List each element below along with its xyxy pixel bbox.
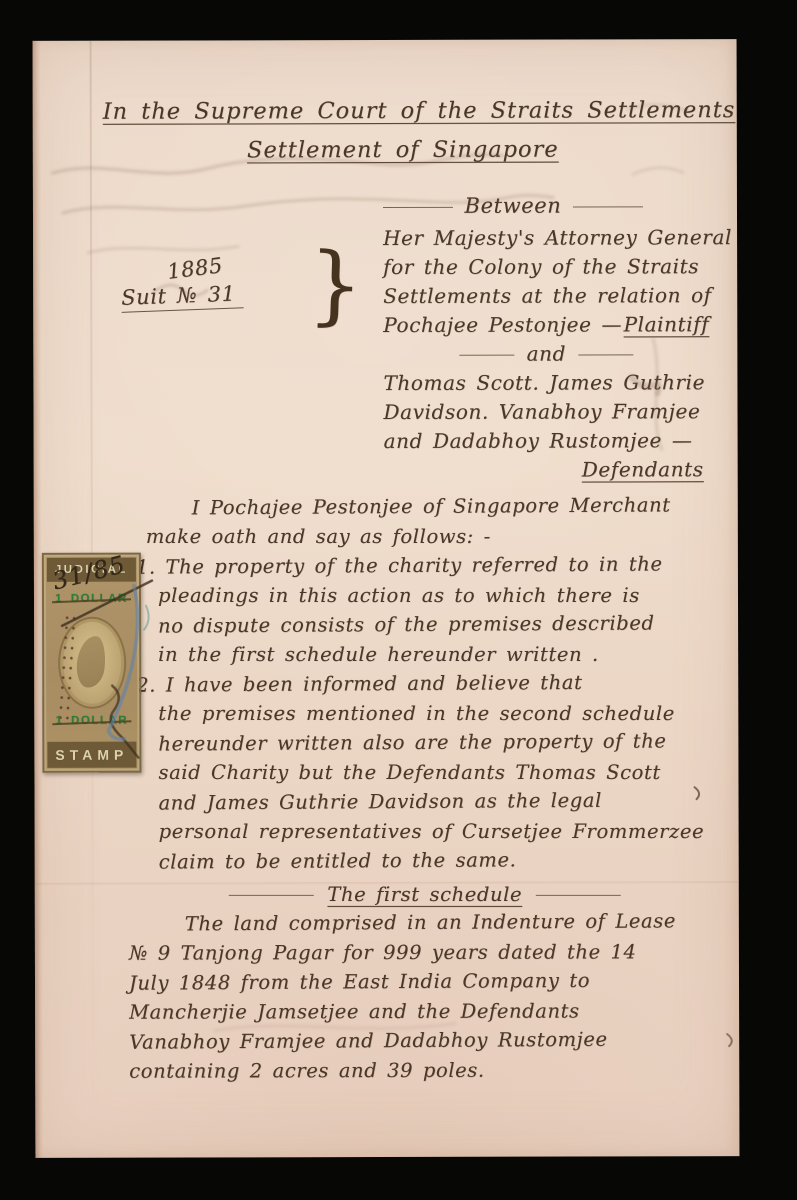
schedule-heading: The first schedule xyxy=(327,879,522,909)
rule-dash xyxy=(578,352,633,355)
case-reference: 1885 Suit № 31 } xyxy=(121,256,335,311)
and-row: and xyxy=(383,339,709,369)
stamp-value-bottom: 1 DOLLAR xyxy=(44,715,139,727)
defendant-label: Defendants xyxy=(582,457,704,481)
rule-dash xyxy=(383,204,453,207)
manuscript-line: the premises mentioned in the second sch… xyxy=(136,698,712,728)
rule-dash xyxy=(460,353,515,356)
manuscript-line: containing 2 acres and 39 poles. xyxy=(129,1055,719,1086)
manuscript-line: personal representatives of Cursetjee Fr… xyxy=(137,816,713,846)
document-page: In the Supreme Court of the Straits Sett… xyxy=(33,39,740,1158)
court-title-line2: Settlement of Singapore xyxy=(103,136,703,164)
manuscript-line: Her Majesty's Attorney General xyxy=(383,223,709,253)
and-label: and xyxy=(527,340,566,369)
defendant-row: Defendants xyxy=(384,455,710,485)
photo-background: In the Supreme Court of the Straits Sett… xyxy=(0,0,797,1200)
judicial-revenue-stamp: JUDICIAL 1 DOLLAR 1 DOLLAR STAMP 31/85 xyxy=(42,553,142,773)
manuscript-line: Thomas Scott. James Guthrie xyxy=(383,368,709,398)
manuscript-line: hereunder written also are the property … xyxy=(136,726,712,759)
rule-dash xyxy=(536,893,621,896)
manuscript-line: 2. I have been informed and believe that xyxy=(136,667,712,700)
manuscript-line: Settlements at the relation of xyxy=(383,281,709,311)
plaintiff-label: Plaintiff xyxy=(624,310,710,339)
manuscript-line: no dispute consists of the premises desc… xyxy=(136,608,712,641)
manuscript-line: The land comprised in an Indenture of Le… xyxy=(129,906,719,939)
schedule-heading-row: The first schedule xyxy=(137,879,713,909)
manuscript-line: in the first schedule hereunder written … xyxy=(136,639,712,669)
manuscript-line: claim to be entitled to the same. xyxy=(137,844,713,877)
manuscript-line: Pochajee Pestonjee — xyxy=(383,310,622,340)
manuscript-line: said Charity but the Defendants Thomas S… xyxy=(136,757,712,787)
affidavit-body: I Pochajee Pestonjee of Singapore Mercha… xyxy=(136,491,713,910)
manuscript-line: make oath and say as follows: - xyxy=(136,521,712,551)
stamp-stamp-band: STAMP xyxy=(47,742,136,768)
suit-number: Suit № 31 xyxy=(121,281,244,313)
manuscript-line: and James Guthrie Davidson as the legal xyxy=(136,785,712,818)
manuscript-line: Davidson. Vanabhoy Framjee xyxy=(383,397,709,427)
manuscript-line: 1. The property of the charity referred … xyxy=(136,549,712,582)
manuscript-line: Vanabhoy Framjee and Dadabhoy Rustomjee xyxy=(129,1024,719,1057)
parties-block: Her Majesty's Attorney General for the C… xyxy=(383,223,710,485)
queen-portrait-silhouette xyxy=(75,634,108,689)
between-label: Between xyxy=(465,194,562,218)
manuscript-line: Mancherjie Jamsetjee and the Defendants xyxy=(129,996,719,1027)
manuscript-line: July 1848 from the East India Company to xyxy=(129,965,719,998)
case-year: 1885 xyxy=(166,253,224,284)
first-schedule-body: The land comprised in an Indenture of Le… xyxy=(129,907,719,1086)
court-title: In the Supreme Court of the Straits Sett… xyxy=(103,97,703,177)
manuscript-line: for the Colony of the Straits xyxy=(383,252,709,282)
case-brace: } xyxy=(306,241,364,329)
court-title-line1: In the Supreme Court of the Straits Sett… xyxy=(103,97,703,125)
rule-dash xyxy=(573,204,643,207)
manuscript-line: № 9 Tanjong Pagar for 999 years dated th… xyxy=(129,937,719,968)
manuscript-line: I Pochajee Pestonjee of Singapore Mercha… xyxy=(136,490,712,523)
rule-dash xyxy=(228,893,313,896)
manuscript-line: and Dadabhoy Rustomjee — xyxy=(384,426,710,456)
between-row: Between xyxy=(323,193,703,218)
plaintiff-row: Pochajee Pestonjee — Plaintiff xyxy=(383,310,709,340)
manuscript-line: pleadings in this action as to which the… xyxy=(136,580,712,610)
